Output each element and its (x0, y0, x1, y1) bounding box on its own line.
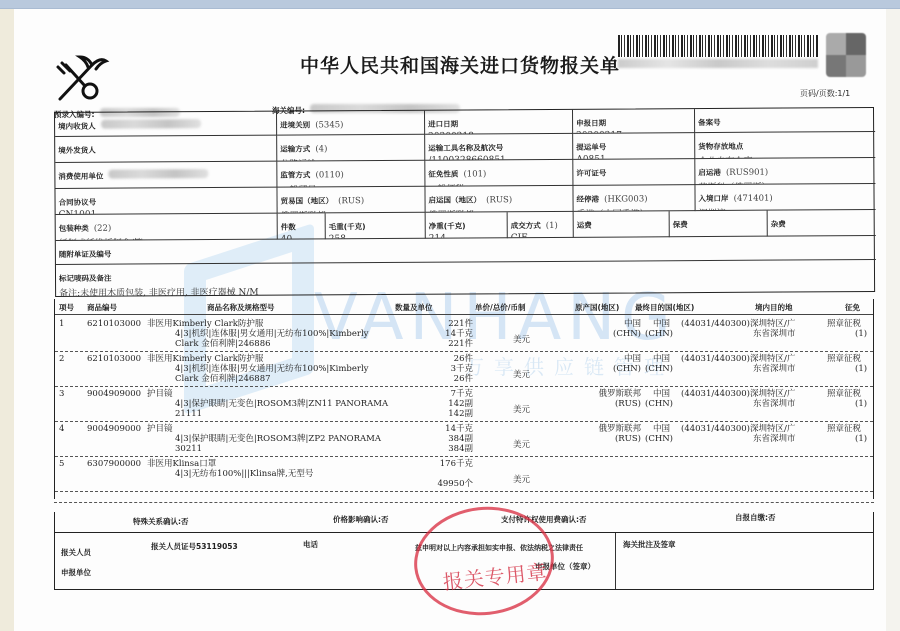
destination-country-code: (CHN) (645, 399, 673, 409)
field-label: 毛重(千克) (329, 222, 366, 231)
goods-name: 护目镜 (147, 389, 173, 399)
field-label: 经停港 (577, 195, 600, 204)
item-number: 5 (59, 459, 64, 469)
viewer-right-margin (886, 9, 900, 631)
field-label: 境内收货人 (58, 122, 96, 131)
levy-code: (1) (855, 329, 867, 339)
price-influence-confirm: 价格影响确认:否 (333, 514, 389, 525)
goods-name: 非医用Kimberly Clark防护服 (147, 354, 263, 364)
field-label: 进境关别 (280, 120, 310, 129)
page-count: 页码/页数:1/1 (800, 88, 850, 99)
entry-port-cell: 入境口岸 (471401) 深圳湾 (695, 184, 875, 211)
field-code: (22) (94, 224, 112, 234)
customs-emblem-icon (52, 53, 112, 105)
origin-country-code: (CHN) (613, 329, 641, 339)
field-label: 提运单号 (576, 143, 606, 152)
goods-name: 非医用Kimberly Clark防护服 (147, 319, 263, 329)
destination-country: 中国 (653, 354, 670, 364)
field-code: (0110) (315, 170, 343, 180)
goods-spec-cont: 30211 (175, 444, 202, 454)
field-label: 运费 (577, 221, 592, 230)
domestic-destination-cont: 东省深圳市 (753, 399, 796, 409)
goods-spec: 4|3|机织|连体服|男女通用|无纺布100%|Kimberly (175, 364, 368, 374)
record-no-cell: 备案号 (695, 108, 875, 133)
trade-country-cell: 贸易国（地区） (RUS) 俄罗斯联邦 (277, 187, 425, 214)
goods-spec-cont: Clark 金佰利牌|246886 (175, 339, 271, 349)
freight-cell: 运费 (574, 211, 670, 238)
barcode (618, 35, 818, 57)
quantity-3: 384副 (448, 444, 473, 454)
document-page: 中华人民共和国海关进口货物报关单 页码/页数:1/1 预录入编号: 海关编号: … (14, 9, 886, 631)
column-header: 项号 (59, 302, 74, 313)
redacted-value (108, 169, 208, 179)
levy-method: 照章征税 (827, 354, 861, 364)
goods-table-row: 26210103000非医用Kimberly Clark防护服4|3|机织|连体… (55, 352, 873, 387)
insurance-cell: 保费 (670, 211, 768, 238)
column-header: 原产国(地区) (575, 302, 619, 313)
destination-country: 中国 (653, 424, 670, 434)
field-code: (5345) (315, 120, 343, 130)
origin-country-code: (CHN) (613, 364, 641, 374)
field-code: (RUS) (486, 195, 512, 205)
quantity-3: 49950个 (437, 479, 473, 489)
item-number: 3 (59, 389, 64, 399)
divider (54, 502, 874, 503)
field-label: 件数 (281, 223, 296, 232)
domestic-destination: (44031/440300)深圳特区/广 (681, 319, 795, 329)
levy-nature-cell: 征免性质 (101) 一般征税 (425, 160, 573, 187)
field-value: 深圳湾 (699, 205, 873, 211)
currency: 美元 (513, 335, 530, 345)
field-label: 进口日期 (428, 120, 458, 129)
declarant-label: 报关人员 (61, 547, 91, 558)
gross-weight-cell: 毛重(千克) 258 (326, 213, 426, 240)
goods-table-row: 16210103000非医用Kimberly Clark防护服4|3|机织|连体… (55, 317, 873, 352)
field-label: 净重(千克) (429, 221, 466, 230)
field-label: 运输工具名称及航次号 (428, 143, 503, 152)
transaction-mode-cell: 成交方式 (1) CIF (508, 212, 574, 238)
field-label: 随附单证及编号 (59, 250, 112, 259)
transport-tool-cell: 运输工具名称及航次号 /1100328660851 (425, 134, 573, 161)
self-report: 自报自缴:否 (735, 512, 776, 523)
goods-table-row: 39004909000护目镜4|3|保护眼睛|无变色|ROSOM3牌|ZN11 … (55, 387, 873, 422)
item-number: 1 (59, 319, 64, 329)
import-date-cell: 进口日期 20200218 (425, 110, 573, 135)
column-header: 商品编号 (87, 302, 117, 313)
column-header: 数量及单位 (395, 302, 433, 313)
consumer-unit-cell: 消费使用单位 (55, 162, 277, 189)
document-title: 中华人民共和国海关进口货物报关单 (300, 51, 620, 78)
declaration-form-header: 境内收货人 境外发货人 消费使用单位 合同协议号 CN1001 包装种类 (22… (54, 107, 875, 297)
field-code: (101) (463, 169, 486, 179)
overseas-consignor-cell: 境外发货人 (55, 136, 277, 163)
field-code: (4) (315, 144, 327, 154)
window-top-bar (0, 0, 900, 9)
field-label: 运输方式 (280, 144, 310, 153)
column-header: 单价/总价/币制 (475, 302, 525, 313)
packages-cell: 件数 40 (278, 213, 326, 239)
column-header: 商品名称及规格型号 (207, 302, 275, 313)
declaring-unit-label: 申报单位 (61, 567, 91, 578)
field-code: (RUS901) (726, 168, 768, 178)
levy-code: (1) (855, 364, 867, 374)
levy-code: (1) (855, 399, 867, 409)
quantity-1: 7千克 (451, 389, 473, 399)
field-label: 境外发货人 (58, 146, 96, 155)
field-label: 启运港 (698, 168, 721, 177)
domestic-consignee-cell: 境内收货人 (55, 112, 277, 137)
quantity-3: 221件 (448, 339, 473, 349)
column-header: 征免 (845, 302, 860, 313)
domestic-destination: (44031/440300)深圳特区/广 (681, 424, 795, 434)
field-label: 标记唛码及备注 (59, 274, 112, 283)
origin-country-code: (RUS) (615, 434, 641, 444)
hs-code: 6210103000 (87, 354, 141, 364)
quantity-2: 142副 (448, 399, 473, 409)
currency: 美元 (513, 405, 530, 415)
item-number: 4 (59, 424, 64, 434)
currency: 美元 (513, 440, 530, 450)
supervision-mode-cell: 监管方式 (0110) 一般贸易 (277, 161, 425, 188)
field-label: 征免性质 (428, 170, 458, 179)
item-number: 2 (59, 354, 64, 364)
field-label: 包装种类 (59, 224, 89, 233)
goods-spec: 4|3|无纺布100%|||Klinsa牌,无型号 (175, 469, 313, 479)
destination-country-code: (CHN) (645, 364, 673, 374)
quantity-1: 26件 (454, 354, 473, 364)
misc-fee-cell: 杂费 (768, 210, 876, 237)
hs-code: 6307900000 (87, 459, 141, 469)
origin-country: 俄罗斯联邦 (598, 389, 641, 399)
declare-date-cell: 申报日期 20200217 (573, 109, 695, 134)
field-code: (HKG003) (604, 194, 647, 204)
quantity-1: 221件 (448, 319, 473, 329)
divider (615, 533, 616, 589)
declarant-id: 报关人员证号53119053 (151, 541, 238, 552)
quantity-3: 142副 (448, 409, 473, 419)
levy-method: 照章征税 (827, 319, 861, 329)
transport-mode-cell: 运输方式 (4) 公路运输 (277, 135, 425, 162)
hs-code: 9004909000 (87, 389, 141, 399)
destination-country: 中国 (653, 389, 670, 399)
field-label: 入境口岸 (699, 194, 729, 203)
quantity-1: 14千克 (445, 424, 473, 434)
quantity-3: 26件 (454, 374, 473, 384)
stamp-text: 报关专用章 (441, 556, 548, 596)
domestic-destination-cont: 东省深圳市 (753, 329, 796, 339)
origin-country: 俄罗斯联邦 (598, 424, 641, 434)
origin-country: 中国 (624, 319, 641, 329)
goods-spec-cont: 21111 (175, 409, 202, 419)
qr-code-redacted (826, 33, 866, 77)
goods-table-row: 49004909000护目镜4|3|保护眼睛|无变色|ROSOM3牌|ZP2 P… (55, 422, 873, 457)
goods-table: 项号 商品编号 商品名称及规格型号 数量及单位 单价/总价/币制 原产国(地区)… (54, 299, 874, 499)
goods-spec: 4|3|保护眼睛|无变色|ROSOM3牌|ZP2 PANORAMA (175, 434, 381, 444)
field-code: (1) (546, 221, 558, 231)
quantity-2: 384副 (448, 434, 473, 444)
quantity-1: 176千克 (440, 459, 473, 469)
hs-code: 9004909000 (87, 424, 141, 434)
departure-port-cell: 启运港 (RUS901) 莫斯科（俄罗斯） (695, 158, 875, 185)
storage-place-cell: 货物存放地点 企业自有仓库 (695, 132, 875, 159)
destination-country-code: (CHN) (645, 329, 673, 339)
currency: 美元 (513, 370, 530, 380)
domestic-destination-cont: 东省深圳市 (753, 434, 796, 444)
field-code: (471401) (734, 194, 773, 204)
column-header: 境内目的地 (755, 302, 793, 313)
contract-no-cell: 合同协议号 CN1001 (55, 188, 277, 215)
quantity-2: 3千克 (451, 364, 473, 374)
goods-table-header: 项号 商品编号 商品名称及规格型号 数量及单位 单价/总价/币制 原产国(地区)… (55, 299, 873, 315)
currency: 美元 (513, 475, 530, 485)
levy-code: (1) (855, 434, 867, 444)
domestic-destination: (44031/440300)深圳特区/广 (681, 354, 795, 364)
field-label: 贸易国（地区） (281, 196, 334, 205)
field-label: 合同协议号 (59, 198, 97, 207)
field-value: 备注:未使用木质包装, 非医疗用, 非医疗器械 N/M (59, 281, 873, 298)
net-weight-cell: 净重(千克) 214 (426, 212, 508, 239)
packaging-cell: 包装种类 (22) 纸制或纤维板制盒/箱 (56, 214, 278, 241)
field-label: 备案号 (698, 118, 721, 127)
barcode-number-redacted (618, 59, 818, 68)
bill-no-cell: 提运单号 A0851 (573, 133, 695, 160)
phone-label: 电话 (303, 539, 318, 550)
marks-remarks-cell: 标记唛码及备注 备注:未使用木质包装, 非医疗用, 非医疗器械 N/M (56, 260, 876, 298)
field-label: 消费使用单位 (58, 172, 103, 181)
domestic-destination-cont: 东省深圳市 (753, 364, 796, 374)
license-no-cell: 许可证号 (573, 159, 695, 186)
origin-country-cell: 启运国（地区） (RUS) 俄罗斯联邦 (425, 186, 573, 213)
goods-name: 护目镜 (147, 424, 173, 434)
special-relation-confirm: 特殊关系确认:否 (133, 516, 189, 527)
field-label: 杂费 (771, 220, 786, 229)
field-label: 申报日期 (576, 119, 606, 128)
transit-port-cell: 经停港 (HKG003) 香港（中国香港） (573, 185, 695, 212)
viewer-left-margin (0, 9, 14, 631)
field-label: 监管方式 (280, 170, 310, 179)
levy-method: 照章征税 (827, 389, 861, 399)
field-label: 启运国（地区） (429, 195, 482, 204)
levy-method: 照章征税 (827, 424, 861, 434)
customs-remarks-label: 海关批注及签章 (623, 539, 676, 550)
field-label: 保费 (673, 220, 688, 229)
goods-spec-cont: Clark 金佰利牌|246887 (175, 374, 271, 384)
column-header: 最终目的国(地区) (635, 302, 694, 313)
field-label: 货物存放地点 (698, 142, 743, 151)
goods-spec: 4|3|机织|连体服|男女通用|无纺布100%|Kimberly (175, 329, 368, 339)
origin-country-code: (RUS) (615, 399, 641, 409)
goods-spec: 4|3|保护眼睛|无变色|ROSOM3牌|ZN11 PANORAMA (175, 399, 388, 409)
destination-country: 中国 (653, 319, 670, 329)
goods-table-row: 56307900000非医用Klinsa口罩4|3|无纺布100%|||Klin… (55, 457, 873, 492)
field-label: 许可证号 (576, 169, 606, 178)
hs-code: 6210103000 (87, 319, 141, 329)
field-label: 成交方式 (511, 221, 541, 230)
quantity-2: 14千克 (445, 329, 473, 339)
destination-country-code: (CHN) (645, 434, 673, 444)
entry-customs-cell: 进境关别 (5345) 深圳湾关 (277, 111, 425, 136)
domestic-destination: (44031/440300)深圳特区/广 (681, 389, 795, 399)
goods-name: 非医用Klinsa口罩 (147, 459, 216, 469)
origin-country: 中国 (624, 354, 641, 364)
redacted-value (101, 119, 201, 129)
field-code: (RUS) (338, 196, 364, 206)
